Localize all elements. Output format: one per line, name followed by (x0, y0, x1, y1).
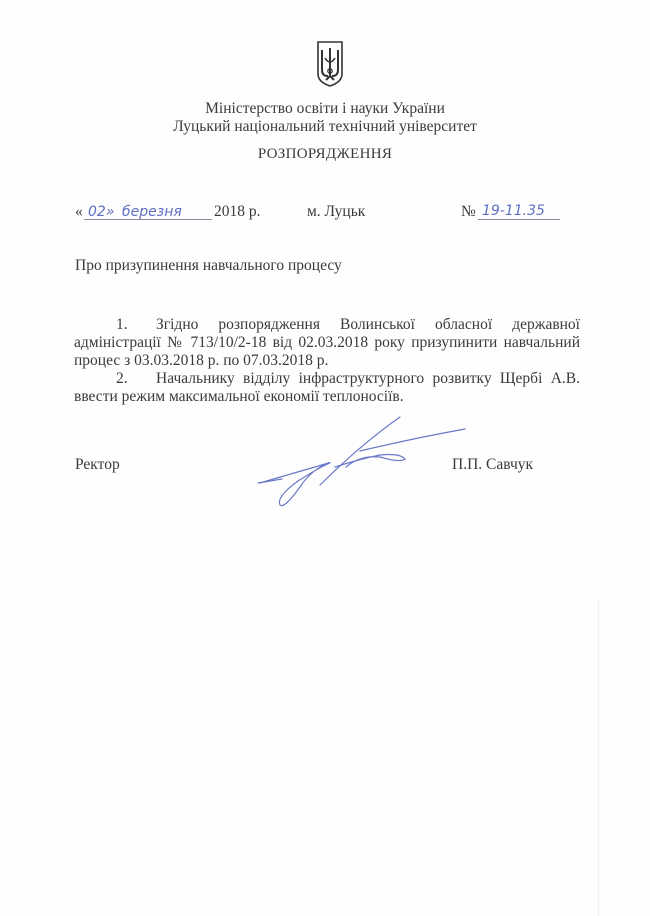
order-item-2: 2.Начальнику відділу інфраструктурного р… (74, 370, 580, 406)
order-item-1: 1.Згідно розпорядження Волинської обласн… (74, 316, 580, 370)
item-number: 2. (116, 370, 156, 388)
university-name: Луцький національний технічний університ… (0, 118, 650, 136)
scan-artifact-line (598, 600, 599, 916)
number-handwritten: 19-11.35 (482, 202, 545, 220)
number-underline (478, 219, 560, 220)
trident-emblem-icon (316, 40, 344, 88)
number-label: № (461, 203, 476, 221)
subject-line: Про призупинення навчального процесу (75, 257, 342, 275)
handwritten-signature (240, 405, 470, 515)
city: м. Луцьк (307, 203, 365, 221)
item-number: 1. (116, 316, 156, 334)
document-type-title: РОЗПОРЯДЖЕННЯ (0, 146, 650, 163)
date-underline (84, 219, 212, 220)
signatory-title: Ректор (75, 456, 120, 474)
ministry-name: Міністерство освіти і науки України (0, 100, 650, 118)
date-year: 2018 р. (214, 203, 261, 221)
document-page: Міністерство освіти і науки України Луць… (0, 0, 650, 916)
date-open-quote: « (75, 203, 83, 221)
